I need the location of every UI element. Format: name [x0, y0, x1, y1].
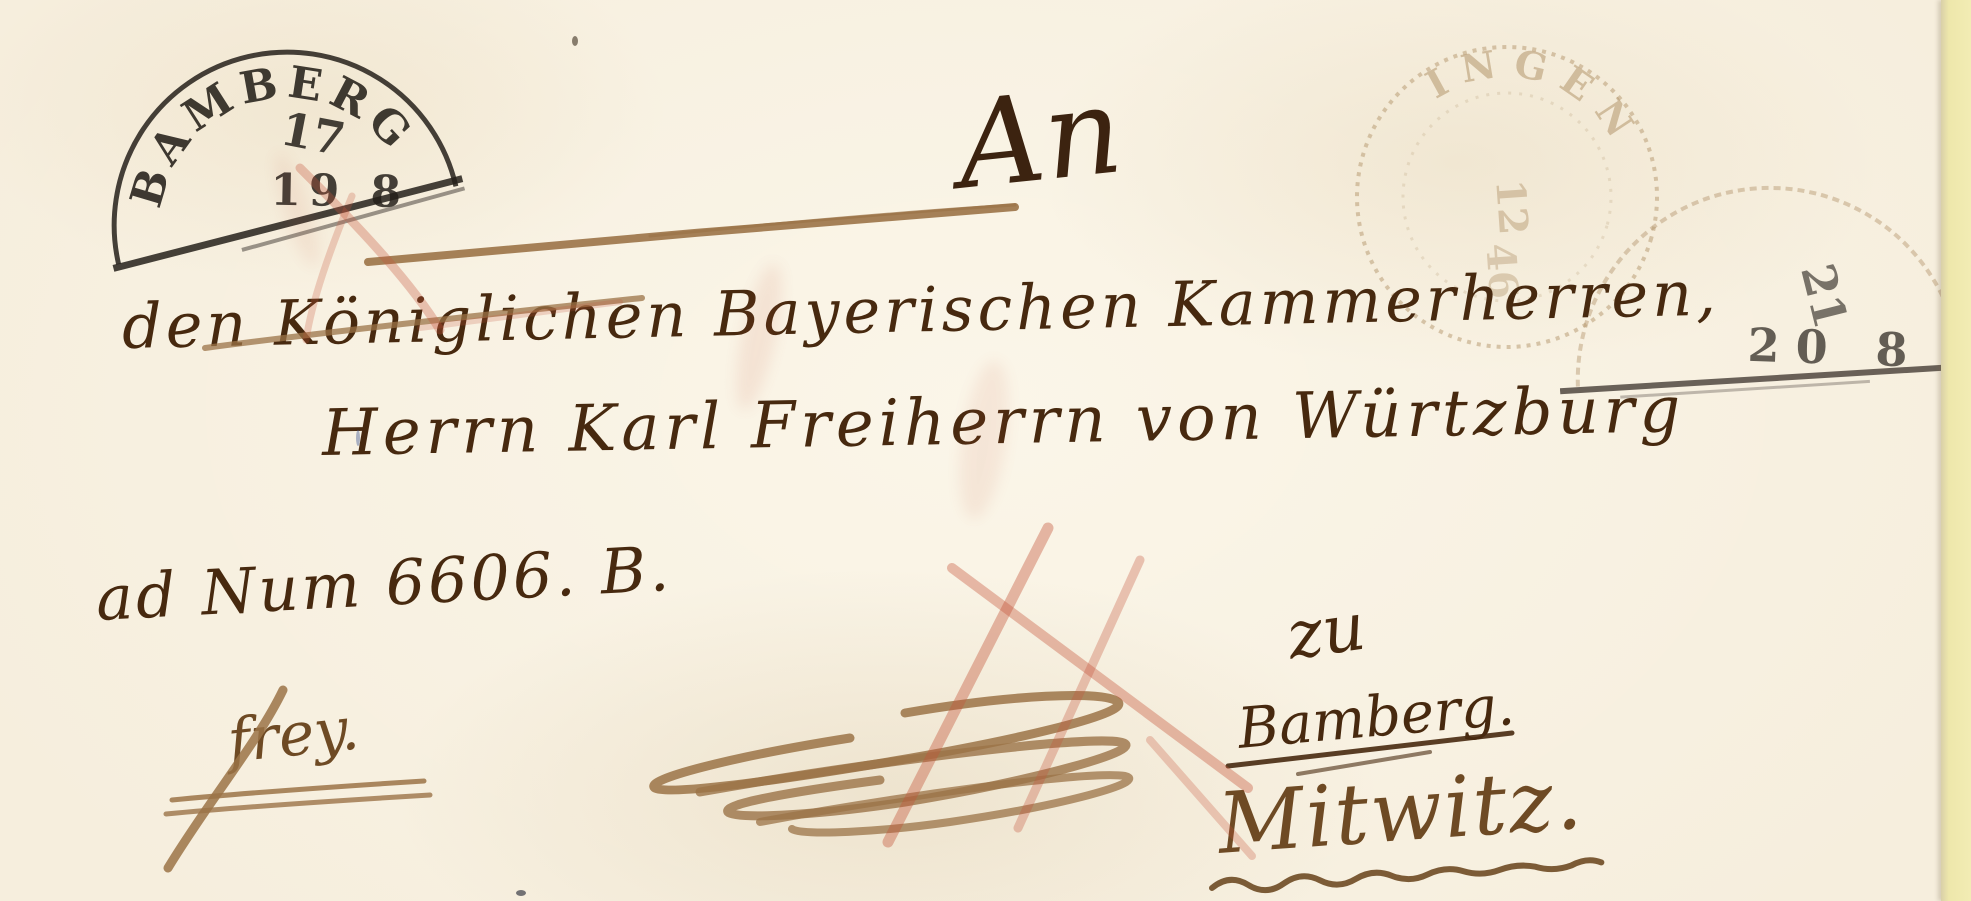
salutation-an: An	[952, 71, 1128, 207]
letter-cover: BAMBERG 17 19 8 INGEN 12 46 21 20 8 An d…	[0, 0, 1971, 901]
preposition-zu: zu	[1283, 594, 1369, 670]
scribble-loop-3	[760, 775, 1129, 832]
frey-underline-2	[166, 795, 430, 814]
frey-underline-1	[172, 781, 424, 800]
crayon-x-stroke-1	[888, 528, 1048, 842]
scribble-loop-1	[654, 695, 1119, 790]
bamberg-postmark: BAMBERG 17 19 8	[56, 0, 477, 295]
arrival-postmark-date-line2: 20 8	[1747, 318, 1925, 378]
paper-speck	[572, 36, 578, 46]
crossed-out-place: Bamberg.	[1236, 678, 1517, 758]
transit-postmark-date-line1: 12	[1486, 178, 1537, 237]
an-flourish-stroke	[368, 207, 1015, 262]
paper-speck	[356, 430, 360, 446]
an-flourish-stroke-taper	[650, 205, 1015, 236]
scribble-loop-2	[700, 741, 1126, 816]
arrival-postmark: 21 20 8	[1550, 81, 1971, 405]
franking-note-frey: frey.	[225, 698, 362, 771]
paper-speck	[516, 890, 526, 896]
destination-mitwitz: Mitwitz.	[1215, 757, 1586, 866]
docket-number: ad Num 6606. B.	[94, 538, 673, 630]
crayon-x-stroke-3	[1018, 560, 1140, 828]
crayon-x-stroke-2	[952, 568, 1248, 788]
bamberg-postmark-date-day: 17	[276, 101, 349, 166]
scan-edge-strip	[1941, 0, 1971, 901]
